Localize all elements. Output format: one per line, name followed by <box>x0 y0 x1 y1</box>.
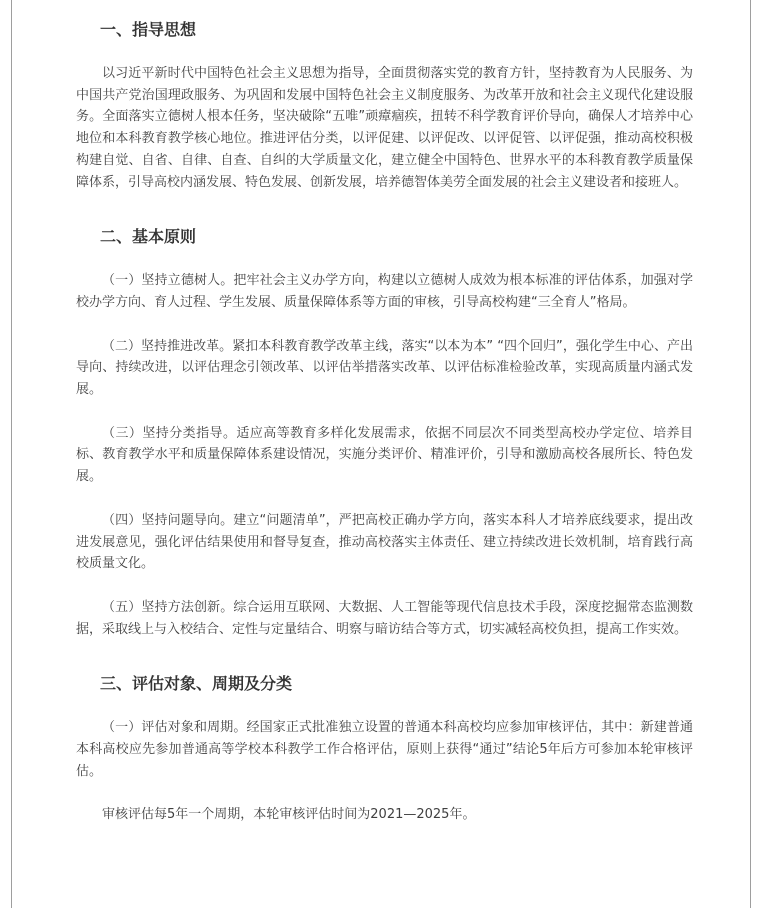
section-evaluation-scope-cycle: 三、评估对象、周期及分类 （一）评估对象和周期。经国家正式批准独立设置的普通本科… <box>76 673 693 826</box>
section-heading: 二、基本原则 <box>76 226 693 248</box>
paragraph: （一）坚持立德树人。把牢社会主义办学方向，构建以立德树人成效为根本标准的评估体系… <box>76 270 693 313</box>
section-heading: 一、指导思想 <box>76 19 693 41</box>
paragraph: 以习近平新时代中国特色社会主义思想为指导，全面贯彻落实党的教育方针，坚持教育为人… <box>76 63 693 193</box>
paragraph: （五）坚持方法创新。综合运用互联网、大数据、人工智能等现代信息技术手段，深度挖掘… <box>76 597 693 640</box>
section-guiding-ideology: 一、指导思想 以习近平新时代中国特色社会主义思想为指导，全面贯彻落实党的教育方针… <box>76 19 693 193</box>
section-basic-principles: 二、基本原则 （一）坚持立德树人。把牢社会主义办学方向，构建以立德树人成效为根本… <box>76 226 693 640</box>
section-heading: 三、评估对象、周期及分类 <box>76 673 693 695</box>
paragraph: （二）坚持推进改革。紧扣本科教育教学改革主线，落实“以本为本” “四个回归”，强… <box>76 336 693 401</box>
document-page: 一、指导思想 以习近平新时代中国特色社会主义思想为指导，全面贯彻落实党的教育方针… <box>11 0 751 908</box>
paragraph: （三）坚持分类指导。适应高等教育多样化发展需求，依据不同层次不同类型高校办学定位… <box>76 423 693 488</box>
paragraph: （四）坚持问题导向。建立“问题清单”，严把高校正确办学方向，落实本科人才培养底线… <box>76 510 693 575</box>
paragraph: （一）评估对象和周期。经国家正式批准独立设置的普通本科高校均应参加审核评估，其中… <box>76 717 693 782</box>
